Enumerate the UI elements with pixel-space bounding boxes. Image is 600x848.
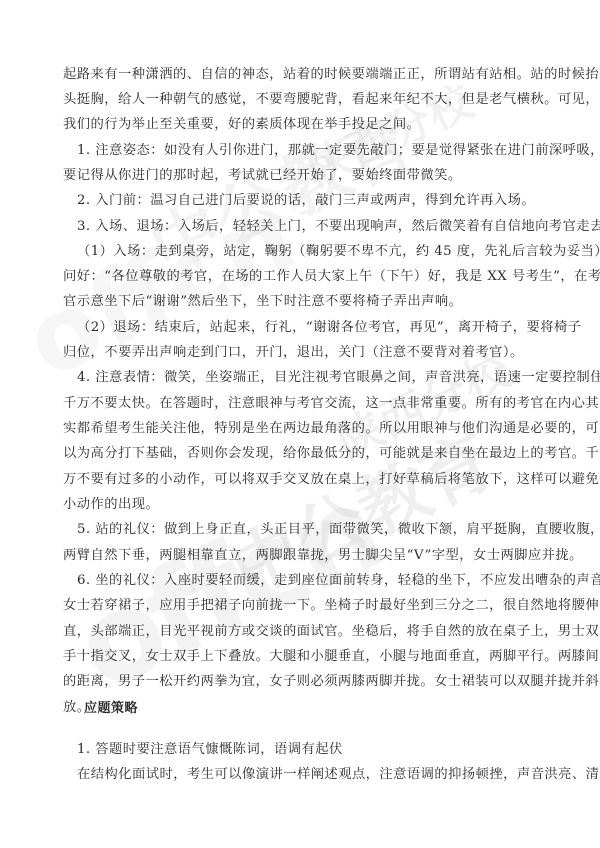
section-heading: 应题策略	[84, 697, 138, 716]
paragraph-line: 女士若穿裙子，应用手把裙子向前拢一下。坐椅子时最好坐到三分之二，很自然地将腰伸	[63, 598, 538, 614]
paragraph-line: 千万不要太快。在答题时，注意眼神与考官交流，这一点非常重要。所有的考官在内心其	[63, 396, 538, 412]
paragraph-line: 手十指交叉，女士双手上下叠放。大腿和小腿垂直，小腿与地面垂直，两脚平行。两膝间	[63, 649, 538, 665]
paragraph-line: （2）退场：结束后，站起来，行礼，“谢谢各位考官，再见”，离开椅子，要将椅子	[77, 320, 538, 336]
paragraph-line: 起路来有一种潇洒的、自信的神态，站着的时候要端端正正，所谓站有站相。站的时候抬	[63, 67, 538, 83]
paragraph-line: 2. 入门前：温习自己进门后要说的话，敲门三声或两声，得到允许再入场。	[77, 193, 538, 209]
paragraph-line: 我们的行为举止至关重要，好的素质体现在举手投足之间。	[63, 117, 538, 133]
paragraph-line: 的距离，男子一松开约两拳为宜，女子则必须两膝两脚并拢。女士裙装可以双腿并拢并斜	[63, 674, 538, 690]
paragraph-line: 实都希望考生能关注他，特别是坐在两边最角落的。所以用眼神与他们沟通是必要的，可	[63, 421, 538, 437]
paragraph-line: 要记得从你进门的那时起，考试就已经开始了，要始终面带微笑。	[63, 168, 538, 184]
strategy-item-title: 1. 答题时要注意语气慷慨陈词，语调有起伏	[77, 742, 552, 758]
paragraph-line: 头挺胸，给人一种朝气的感觉，不要弯腰驼背，看起来年纪不大，但是老气横秋。可见，	[63, 92, 538, 108]
paragraph-line: 问好：“各位尊敬的考官，在场的工作人员大家上午（下午）好，我是 XX 号考生”，…	[63, 269, 538, 285]
paragraph-line: 归位，不要弄出声响走到门口，开门，退出，关门（注意不要背对着考官）。	[63, 345, 538, 361]
watermark-offcn-logo: offcn	[8, 176, 311, 400]
paragraph-line: （1）入场：走到桌旁，站定，鞠躬（鞠躬要不卑不亢，约 45 度，先礼后言较为妥当…	[77, 244, 538, 260]
paragraph-line: 5. 站的礼仪：做到上身正直，头正目平，面带微笑，微收下颔，肩平挺胸，直腰收腹，	[77, 522, 538, 538]
paragraph-line: 6. 坐的礼仪：入座时要轻而缓，走到座位面前转身，轻稳的坐下，不应发出嘈杂的声音…	[77, 573, 538, 589]
paragraph-line: 小动作的出现。	[63, 497, 538, 513]
paragraph-line: 直，头部端正，目光平视前方或交谈的面试官。坐稳后，将手自然的放在桌子上，男士双	[63, 624, 538, 640]
paragraph-line: 两臂自然下垂，两腿相靠直立，两脚跟靠拢，男士脚尖呈“V”字型，女士两脚应并拢。	[63, 548, 538, 564]
paragraph-line: 1. 注意姿态：如没有人引你进门，那就一定要先敲门；要是觉得紧张在进门前深呼吸，	[77, 143, 538, 159]
paragraph-line: 3. 入场、退场：入场后，轻轻关上门，不要出现响声，然后微笑着有自信地向考官走去…	[77, 219, 538, 235]
paragraph-line: 官示意坐下后“谢谢”然后坐下，坐下时注意不要将椅子弄出声响。	[63, 294, 538, 310]
strategy-item-text: 在结构化面试时，考生可以像演讲一样阐述观点，注意语调的抑扬顿挫，声音洪亮、清	[77, 767, 538, 783]
document-page: offcn 中公教育 陕西分校 offcn 中公教育 陕西分校 起路来有一种潇洒…	[0, 0, 600, 848]
paragraph-line: 万不要有过多的小动作，可以将双手交叉放在桌上，打好草稿后将笔放下，这样可以避免	[63, 472, 538, 488]
paragraph-line: 以为高分打下基础，否则你会发现，给你最低分的，可能就是来自坐在最边上的考官。千	[63, 446, 538, 462]
paragraph-line: 4. 注意表情：微笑，坐姿端正，目光注视考官眼鼻之间，声音洪亮，语速一定要控制住…	[77, 370, 538, 386]
